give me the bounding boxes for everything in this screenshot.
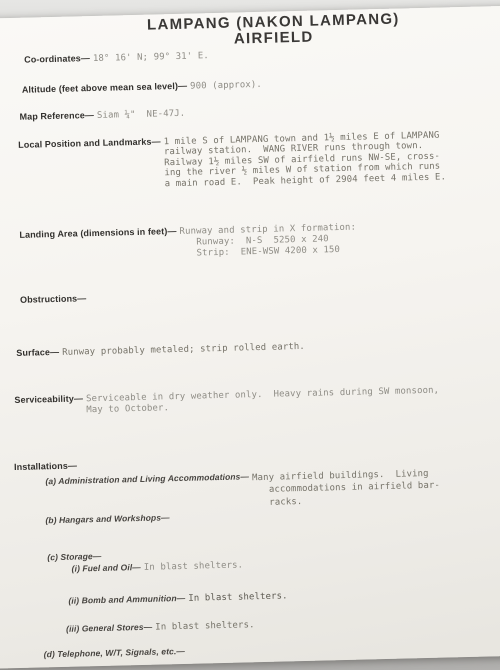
field-installations-c-ii-label: (ii) Bomb and Ammunition— xyxy=(68,593,185,606)
field-landing-area: Landing Area (dimensions in feet)— Runwa… xyxy=(19,222,356,264)
field-coordinates-label: Co-ordinates— xyxy=(24,53,90,65)
scanned-document-background: LAMPANG (NAKON LAMPANG) AIRFIELD Co-ordi… xyxy=(0,0,500,670)
field-installations-c-iii-label: (iii) General Stores— xyxy=(66,622,152,634)
field-installations-c-ii-value: In blast shelters. xyxy=(188,591,288,604)
field-landing-area-value: Runway and strip in X formation: Runway:… xyxy=(179,222,356,259)
document-paper: LAMPANG (NAKON LAMPANG) AIRFIELD Co-ordi… xyxy=(0,5,500,669)
field-obstructions-label: Obstructions— xyxy=(20,293,87,305)
field-altitude-value: 900 (approx). xyxy=(190,79,262,92)
page-title: LAMPANG (NAKON LAMPANG) AIRFIELD xyxy=(0,8,500,54)
field-coordinates-value: 18° 16' N; 99° 31' E. xyxy=(93,51,209,65)
field-serviceability: Serviceability— Serviceable in dry weath… xyxy=(14,385,439,418)
field-altitude: Altitude (feet above mean sea level)— 90… xyxy=(22,79,262,96)
field-map-reference: Map Reference— Siam ¼" NE-47J. xyxy=(19,108,185,124)
field-coordinates: Co-ordinates— 18° 16' N; 99° 31' E. xyxy=(24,50,209,66)
field-map-reference-label: Map Reference— xyxy=(19,110,94,122)
field-installations-c-i-label: (i) Fuel and Oil— xyxy=(71,562,140,574)
field-installations-c-i: (i) Fuel and Oil— In blast shelters. xyxy=(71,559,243,575)
field-serviceability-value: Serviceable in dry weather only. Heavy r… xyxy=(86,385,440,416)
field-surface-value: Runway probably metaled; strip rolled ea… xyxy=(62,341,305,358)
field-surface: Surface— Runway probably metaled; strip … xyxy=(16,341,305,360)
field-installations-c-ii: (ii) Bomb and Ammunition— In blast shelt… xyxy=(68,590,287,607)
field-installations-d-label: (d) Telephone, W/T, Signals, etc.— xyxy=(44,646,185,659)
field-installations-a-value: Many airfield buildings. Living accommod… xyxy=(252,467,441,509)
field-obstructions: Obstructions— xyxy=(20,293,90,305)
field-surface-label: Surface— xyxy=(16,347,59,358)
field-installations-a-label: (a) Administration and Living Accommodat… xyxy=(45,471,249,486)
field-installations-c-iii-value: In blast shelters. xyxy=(155,620,255,633)
field-installations-c-label: (c) Storage— xyxy=(47,551,101,562)
field-local-position-value: 1 mile S of LAMPANG town and 1½ miles E … xyxy=(164,130,447,189)
field-map-reference-value: Siam ¼" NE-47J. xyxy=(97,108,186,121)
field-installations-a: (a) Administration and Living Accommodat… xyxy=(45,467,440,515)
field-installations-c: (c) Storage— xyxy=(47,551,101,562)
field-installations-b: (b) Hangars and Workshops— xyxy=(45,512,173,525)
field-installations-b-label: (b) Hangars and Workshops— xyxy=(45,512,170,525)
field-local-position: Local Position and Landmarks— 1 mile S o… xyxy=(18,129,446,192)
field-serviceability-label: Serviceability— xyxy=(14,393,83,405)
field-installations-label: Installations— xyxy=(14,461,77,473)
field-installations: Installations— xyxy=(14,461,77,473)
field-installations-c-i-value: In blast shelters. xyxy=(144,560,244,573)
field-installations-d: (d) Telephone, W/T, Signals, etc.— xyxy=(44,646,188,660)
field-local-position-label: Local Position and Landmarks— xyxy=(18,136,161,149)
field-installations-c-iii: (iii) General Stores— In blast shelters. xyxy=(66,619,255,635)
field-landing-area-label: Landing Area (dimensions in feet)— xyxy=(19,226,176,240)
field-altitude-label: Altitude (feet above mean sea level)— xyxy=(22,81,187,95)
